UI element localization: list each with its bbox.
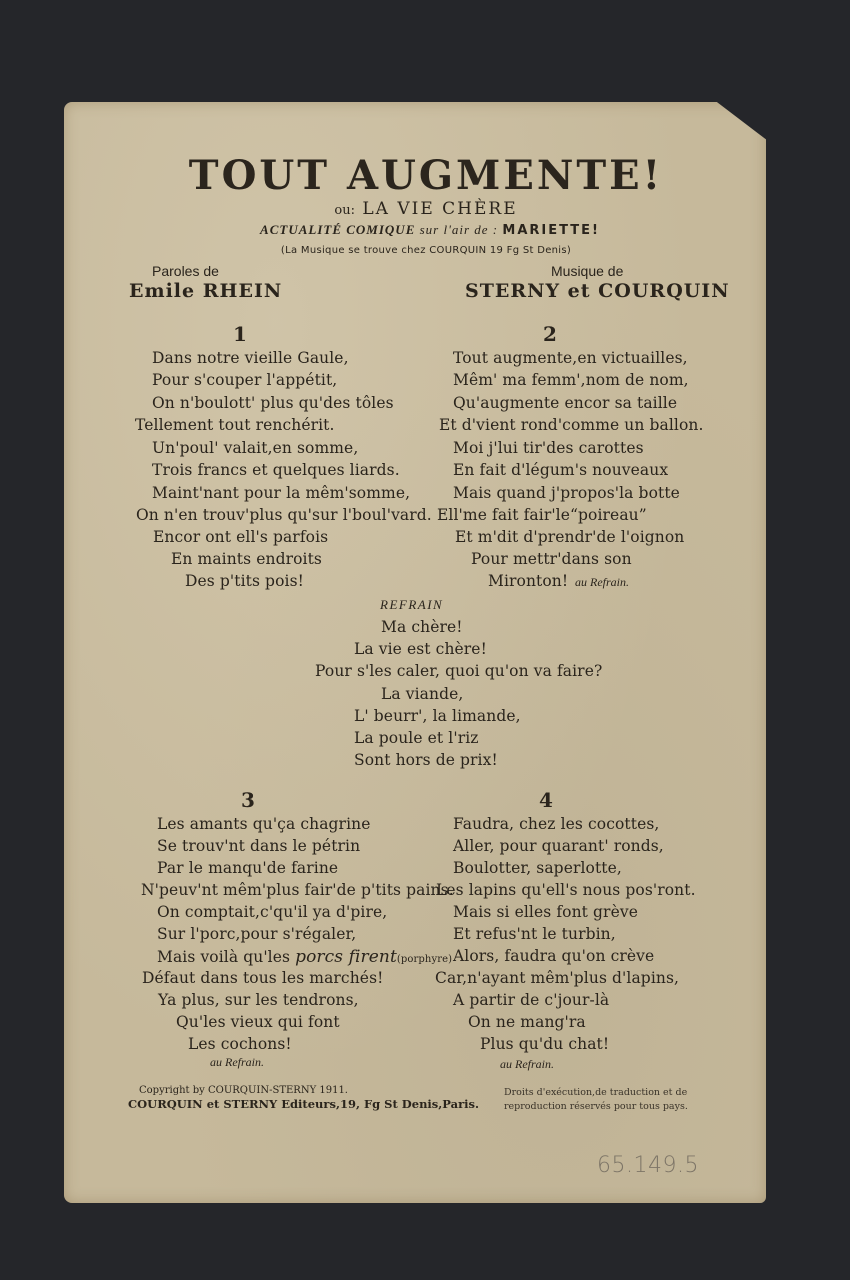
refrain-note: au Refrain. [210,1055,264,1070]
verse-line: Ell'me fait fair'le“poireau” [437,506,647,524]
verse-line: Sur l'porc,pour s'régaler, [157,925,356,943]
subtitle-text: LA VIE CHÈRE [362,199,517,219]
verse-line: Encor ont ell's parfois [153,528,328,546]
verse-number: 3 [241,788,255,812]
verse-line: Les lapins qu'ell's nous pos'ront. [436,881,696,899]
verse-line: On n'boulott' plus qu'des tôles [152,394,394,412]
refrain-line: La viande, [381,685,463,703]
verse-number: 2 [543,322,557,346]
genre-line: ACTUALITÉ COMIQUE sur l'air de : MARIETT… [260,222,600,238]
verse-line: A partir de c'jour-là [453,991,609,1009]
verse-line: Boulotter, saperlotte, [453,859,622,877]
catalog-number: 65.149.5 [597,1153,699,1178]
music-availability-note: (La Musique se trouve chez COURQUIN 19 F… [281,245,571,256]
verse-line: Mais si elles font grève [453,903,638,921]
refrain-line: La vie est chère! [354,640,487,658]
verse-number: 1 [233,322,247,346]
pun-explanation: (porphyre) [397,954,452,965]
refrain-line: Sont hors de prix! [354,751,498,769]
verse-line: On ne mang'ra [468,1013,586,1031]
refrain-label: REFRAIN [380,597,443,613]
rights-line-1: Droits d'exécution,de traduction et de [504,1087,687,1098]
subtitle-prefix: ou: [334,203,355,218]
verse-line: Se trouv'nt dans le pétrin [157,837,360,855]
verse-line: Défaut dans tous les marchés! [142,969,383,987]
refrain-line: Ma chère! [381,618,463,636]
tune-prefix: sur l'air de : [420,222,499,237]
verse-line: Les cochons! [188,1035,292,1053]
verse-line: Aller, pour quarant' ronds, [453,837,664,855]
verse-line: On n'en trouv'plus qu'sur l'boul'vard. [136,506,432,524]
verse-line: Et d'vient rond'comme un ballon. [439,416,704,434]
verse-line-text: Mais voilà qu'les [157,948,290,966]
verse-line: N'peuv'nt mêm'plus fair'de p'tits pains. [141,881,454,899]
verse-line: Pour s'couper l'appétit, [152,371,337,389]
verse-line: On comptait,c'qu'il ya d'pire, [157,903,387,921]
verse-line: En fait d'légum's nouveaux [453,461,668,479]
verse-line: En maints endroits [171,550,322,568]
verse-line: Mironton! [488,572,568,590]
verse-line: Tout augmente,en victuailles, [453,349,688,367]
verse-line: Dans notre vieille Gaule, [152,349,349,367]
music-label: Musique de [551,263,623,279]
verse-number: 4 [539,788,553,812]
genre-label: ACTUALITÉ COMIQUE [260,222,415,237]
verse-line: Les amants qu'ça chagrine [157,815,370,833]
tune-name: MARIETTE! [502,223,600,238]
song-subtitle: ou: LA VIE CHÈRE [334,199,517,219]
verse-line: Qu'les vieux qui font [176,1013,340,1031]
verse-line: Plus qu'du chat! [480,1035,609,1053]
lyrics-author: Emile RHEIN [129,280,282,302]
refrain-line: Pour s'les caler, quoi qu'on va faire? [315,662,602,680]
verse-line: Mais voilà qu'les porcs firent(porphyre) [157,947,452,967]
rights-line-2: reproduction réservés pour tous pays. [504,1101,688,1112]
verse-line: Mais quand j'propos'la botte [453,484,680,502]
verse-line: Pour mettr'dans son [471,550,632,568]
pun-phrase: porcs firent [295,947,397,967]
verse-line: Trois francs et quelques liards. [152,461,400,479]
verse-line: Moi j'lui tir'des carottes [453,439,644,457]
verse-line: Des p'tits pois! [185,572,304,590]
verse-line: Ya plus, sur les tendrons, [158,991,359,1009]
song-title: TOUT AUGMENTE! [189,152,663,199]
refrain-line: L' beurr', la limande, [354,707,521,725]
refrain-note: au Refrain. [500,1057,554,1072]
music-author: STERNY et COURQUIN [465,280,730,302]
verse-line: Un'poul' valait,en somme, [152,439,358,457]
verse-line: Qu'augmente encor sa taille [453,394,677,412]
lyrics-label: Paroles de [152,263,219,279]
verse-line: Et refus'nt le turbin, [453,925,616,943]
verse-line: Et m'dit d'prendr'de l'oignon [455,528,684,546]
verse-line: Maint'nant pour la mêm'somme, [152,484,410,502]
verse-line: Faudra, chez les cocottes, [453,815,659,833]
copyright-line: Copyright by COURQUIN-STERNY 1911. [139,1085,348,1096]
refrain-note: au Refrain. [575,575,629,590]
publisher-line: COURQUIN et STERNY Editeurs,19, Fg St De… [128,1097,479,1111]
verse-line: Car,n'ayant mêm'plus d'lapins, [435,969,679,987]
verse-line: Tellement tout renchérit. [135,416,335,434]
verse-line: Par le manqu'de farine [157,859,338,877]
refrain-line: La poule et l'riz [354,729,479,747]
verse-line: Mêm' ma femm',nom de nom, [453,371,689,389]
verse-line: Alors, faudra qu'on crève [453,947,654,965]
